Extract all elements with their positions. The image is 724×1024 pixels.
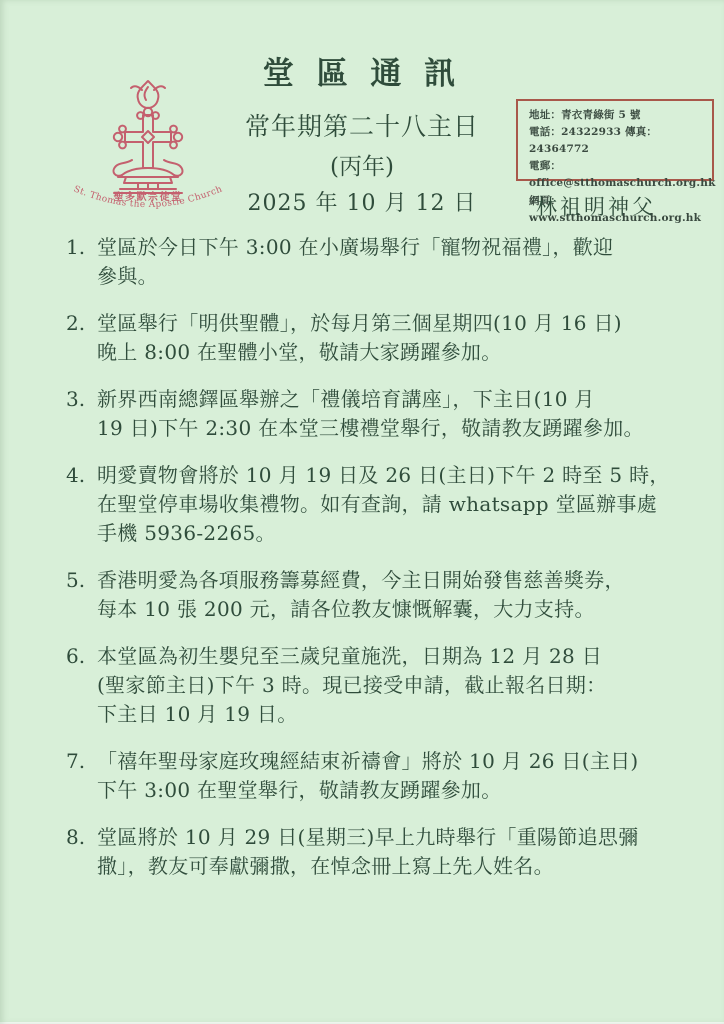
notice-number: 8. bbox=[66, 823, 97, 881]
notice-text: 香港明愛為各項服務籌募經費，今主日開始發售慈善獎券， 每本 10 張 200 元… bbox=[97, 566, 672, 624]
notice-list: 1. 堂區於今日下午 3:00 在小廣場舉行「寵物祝福禮」，歡迎 參與。 2. … bbox=[66, 233, 672, 899]
bulletin-page: 聖多默宗徒堂 St. Thomas the Apostle Church 堂 區… bbox=[0, 0, 724, 1024]
contact-info-box: 地址：青衣青綠街 5 號 電話：24322933 傳真：24364772 電郵：… bbox=[516, 99, 714, 181]
notice-item: 1. 堂區於今日下午 3:00 在小廣場舉行「寵物祝福禮」，歡迎 參與。 bbox=[66, 233, 672, 291]
notice-number: 2. bbox=[66, 309, 97, 367]
notice-text: 本堂區為初生嬰兒至三歲兒童施洗，日期為 12 月 28 日 (聖家節主日)下午 … bbox=[97, 642, 672, 729]
notice-item: 8. 堂區將於 10 月 29 日(星期三)早上九時舉行「重陽節追思彌 撒」，教… bbox=[66, 823, 672, 881]
notice-item: 5. 香港明愛為各項服務籌募經費，今主日開始發售慈善獎券， 每本 10 張 20… bbox=[66, 566, 672, 624]
notice-text: 「禧年聖母家庭玫瑰經結束祈禱會」將於 10 月 26 日(主日) 下午 3:00… bbox=[97, 747, 672, 805]
notice-number: 3. bbox=[66, 385, 97, 443]
notice-item: 7. 「禧年聖母家庭玫瑰經結束祈禱會」將於 10 月 26 日(主日) 下午 3… bbox=[66, 747, 672, 805]
notice-number: 5. bbox=[66, 566, 97, 624]
notice-text: 明愛賣物會將於 10 月 19 日及 26 日(主日)下午 2 時至 5 時， … bbox=[97, 461, 672, 548]
notice-number: 7. bbox=[66, 747, 97, 805]
notice-text: 堂區於今日下午 3:00 在小廣場舉行「寵物祝福禮」，歡迎 參與。 bbox=[97, 233, 672, 291]
notice-text: 新界西南總鐸區舉辦之「禮儀培育講座」，下主日(10 月 19 日)下午 2:30… bbox=[97, 385, 672, 443]
notice-item: 2. 堂區舉行「明供聖體」，於每月第三個星期四(10 月 16 日) 晚上 8:… bbox=[66, 309, 672, 367]
notice-item: 6. 本堂區為初生嬰兒至三歲兒童施洗，日期為 12 月 28 日 (聖家節主日)… bbox=[66, 642, 672, 729]
priest-name: 林祖明神父 bbox=[536, 191, 656, 221]
notice-text: 堂區將於 10 月 29 日(星期三)早上九時舉行「重陽節追思彌 撒」，教友可奉… bbox=[97, 823, 672, 881]
notice-item: 4. 明愛賣物會將於 10 月 19 日及 26 日(主日)下午 2 時至 5 … bbox=[66, 461, 672, 548]
notice-item: 3. 新界西南總鐸區舉辦之「禮儀培育講座」，下主日(10 月 19 日)下午 2… bbox=[66, 385, 672, 443]
notice-text: 堂區舉行「明供聖體」，於每月第三個星期四(10 月 16 日) 晚上 8:00 … bbox=[97, 309, 672, 367]
notice-number: 6. bbox=[66, 642, 97, 729]
page-title: 堂 區 通 訊 bbox=[0, 48, 724, 93]
notice-number: 4. bbox=[66, 461, 97, 548]
notice-number: 1. bbox=[66, 233, 97, 291]
